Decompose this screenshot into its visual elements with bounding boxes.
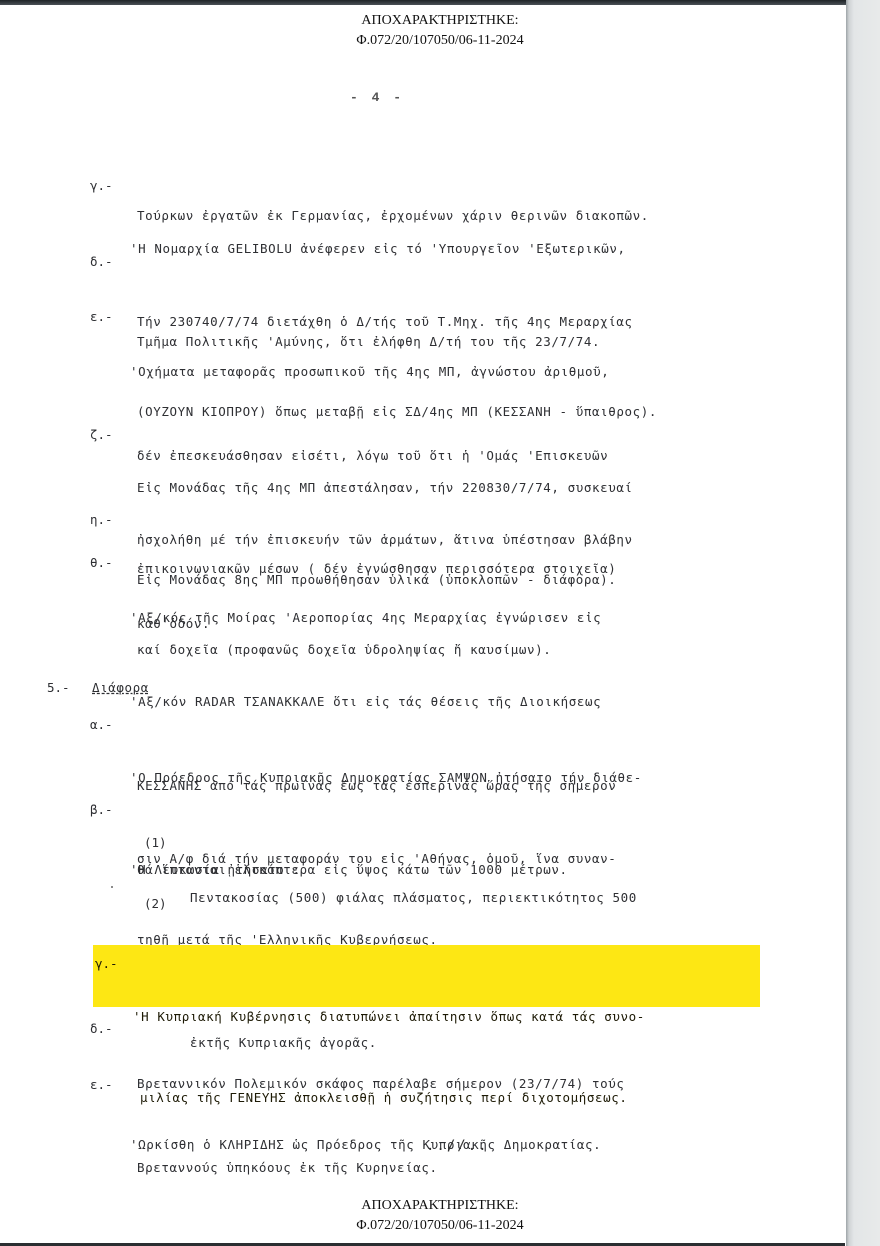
item-label: δ.- [90,1014,113,1044]
declassification-stamp-top: ΑΠΟΧΑΡΑΚΤΗΡΙΣΤΗΚΕ: Φ.072/20/107050/06-11… [0,11,880,51]
scan-top-edge [0,0,880,5]
text-line: 'Ωρκίσθη ὁ ΚΛΗΡΙΔΗΣ ὡς Πρόεδρος τῆς Κυπρ… [130,1130,601,1160]
end-of-page-mark: ..//.. [426,1138,489,1154]
stamp-title: ΑΠΟΧΑΡΑΚΤΗΡΙΣΤΗΚΕ: [0,11,880,31]
subitem-label: (2) [144,889,167,919]
item-label: γ.- [90,171,113,201]
item-label: ζ.- [90,420,113,450]
text-line: 'Οχήματα μεταφορᾶς προσωπικοῦ τῆς 4ης ΜΠ… [130,358,633,386]
page-number: - 4 - [350,90,404,105]
item-label: α.- [90,710,113,740]
section-number: 5.- [47,673,70,703]
section-title: Διάφορα [92,673,149,703]
text-line: 'Ο Πρόεδρος τῆς Κυπριακῆς Δημοκρατίας ΣΑ… [130,764,642,791]
item-label: η.- [90,505,113,535]
declassification-stamp-bottom: ΑΠΟΧΑΡΑΚΤΗΡΙΣΤΗΚΕ: Φ.072/20/107050/06-11… [0,1196,880,1236]
stamp-reference: Φ.072/20/107050/06-11-2024 [0,31,880,51]
item-label: γ.- [95,949,118,979]
scan-speck [111,886,113,888]
subitem-label: (1) [144,828,167,858]
scan-right-margin [846,0,880,1246]
item-label: ε.- [90,302,113,332]
text-line: 'Αξ/κός τῆς Μοίρας 'Αεροπορίας 4ης Μεραρ… [130,604,616,632]
stamp-reference: Φ.072/20/107050/06-11-2024 [0,1216,880,1236]
stamp-title: ΑΠΟΧΑΡΑΚΤΗΡΙΣΤΗΚΕ: [0,1196,880,1216]
item-label: δ.- [90,247,113,277]
item-label: θ.- [90,548,113,578]
document-page: ΑΠΟΧΑΡΑΚΤΗΡΙΣΤΗΚΕ: Φ.072/20/107050/06-11… [0,0,846,1246]
item-label: ε.- [90,1070,113,1100]
item-label: β.- [90,795,113,825]
text-line: Εἰς Μονάδας τῆς 4ης ΜΠ ἀπεστάλησαν, τήν … [137,474,633,501]
